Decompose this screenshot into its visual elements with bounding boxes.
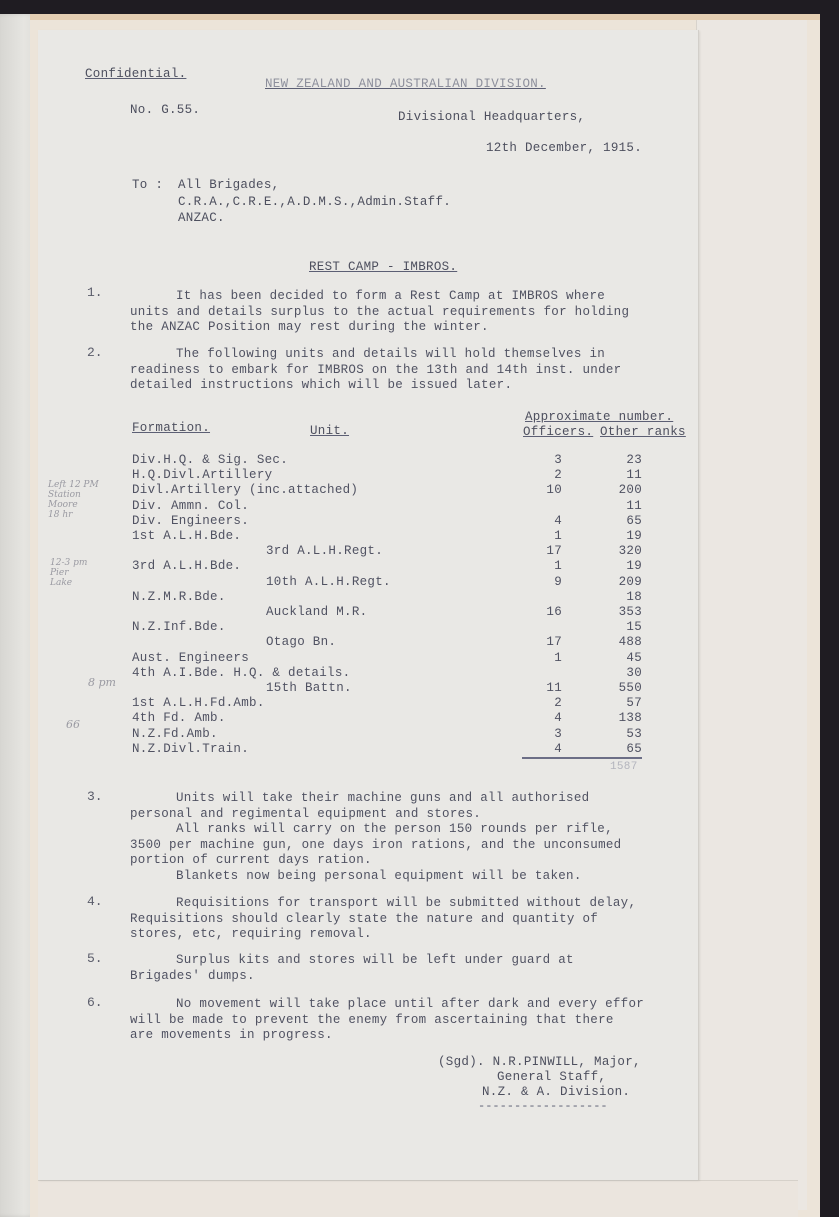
formation-cell: H.Q.Divl.Artillery [132,468,272,482]
formation-cell: 3rd A.L.H.Bde. [132,559,241,573]
header-unit: Unit. [310,424,349,438]
other-ranks-cell: 23 [592,453,642,467]
paragraph-number: 4. [87,894,103,909]
paragraph-number: 6. [87,995,103,1010]
other-ranks-cell: 138 [592,711,642,725]
officers-cell: 3 [512,727,562,741]
formation-cell: 1st A.L.H.Fd.Amb. [132,696,265,710]
other-ranks-cell: 65 [592,514,642,528]
unit-cell: Otago Bn. [266,635,336,649]
other-ranks-cell: 57 [592,696,642,710]
pencilled-total: 1587 [610,761,638,773]
other-ranks-cell: 15 [592,620,642,634]
table-row: 15th Battn.11550 [132,681,702,696]
header-formation: Formation. [132,421,210,435]
unit-cell: 3rd A.L.H.Regt. [266,544,383,558]
unit-cell: 15th Battn. [266,681,352,695]
paragraph-5: Surplus kits and stores will be left und… [130,953,705,984]
total-rule [522,757,642,759]
reference-number: No. G.55. [130,103,200,117]
signature-rule: ------------------ [478,1099,608,1113]
table-row: N.Z.Fd.Amb.353 [132,727,702,742]
to-label: To : [132,178,163,192]
officers-cell: 16 [512,605,562,619]
paragraph-number: 1. [87,285,103,300]
paragraph-1: It has been decided to form a Rest Camp … [130,289,705,336]
paragraph-3: Units will take their machine guns and a… [130,791,705,884]
other-ranks-cell: 353 [592,605,642,619]
formation-cell: 4th A.I.Bde. H.Q. & details. [132,666,350,680]
addressee-line: C.R.A.,C.R.E.,A.D.M.S.,Admin.Staff. [178,195,451,209]
unit-cell: 10th A.L.H.Regt. [266,575,391,589]
other-ranks-cell: 11 [592,499,642,513]
table-row: N.Z.M.R.Bde.18 [132,590,702,605]
other-ranks-cell: 209 [592,575,642,589]
table-row: Divl.Artillery (inc.attached)10200 [132,483,702,498]
officers-cell: 2 [512,468,562,482]
table-row: N.Z.Divl.Train.465 [132,742,702,757]
header-approx-number: Approximate number. [525,410,673,424]
other-ranks-cell: 65 [592,742,642,756]
table-row: Auckland M.R.16353 [132,605,702,620]
other-ranks-cell: 200 [592,483,642,497]
table-row: Otago Bn.17488 [132,635,702,650]
formation-cell: N.Z.Inf.Bde. [132,620,226,634]
paragraph-2: The following units and details will hol… [130,347,705,394]
officers-cell: 1 [512,529,562,543]
signature-title: General Staff, [497,1070,606,1084]
table-row: Aust. Engineers145 [132,651,702,666]
table-row: 1st A.L.H.Fd.Amb.257 [132,696,702,711]
other-ranks-cell: 19 [592,529,642,543]
officers-cell: 1 [512,559,562,573]
other-ranks-cell: 53 [592,727,642,741]
formation-cell: Aust. Engineers [132,651,249,665]
officers-cell: 3 [512,453,562,467]
margin-note: Left 12 PM Station Moore 18 hr [48,480,99,520]
officers-cell: 2 [512,696,562,710]
table-row: 4th Fd. Amb.4138 [132,711,702,726]
officers-cell: 11 [512,681,562,695]
addressee-line: All Brigades, [178,178,279,192]
addressee-line: ANZAC. [178,211,225,225]
formation-cell: Div.H.Q. & Sig. Sec. [132,453,288,467]
officers-cell: 4 [512,742,562,756]
classification-label: Confidential. [85,67,186,81]
other-ranks-cell: 11 [592,468,642,482]
paragraph-number: 3. [87,789,103,804]
table-row: 10th A.L.H.Regt.9209 [132,575,702,590]
header-other-ranks: Other ranks [600,425,686,439]
formation-cell: N.Z.M.R.Bde. [132,590,226,604]
paragraph-number: 2. [87,345,103,360]
other-ranks-cell: 488 [592,635,642,649]
formation-cell: N.Z.Fd.Amb. [132,727,218,741]
other-ranks-cell: 19 [592,559,642,573]
officers-cell: 4 [512,711,562,725]
officers-cell: 10 [512,483,562,497]
formation-cell: N.Z.Divl.Train. [132,742,249,756]
table-row: 1st A.L.H.Bde.119 [132,529,702,544]
document-date: 12th December, 1915. [486,141,642,155]
other-ranks-cell: 18 [592,590,642,604]
other-ranks-cell: 320 [592,544,642,558]
subject-heading: REST CAMP - IMBROS. [309,260,457,274]
signature-division: N.Z. & A. Division. [482,1085,630,1099]
table-row: N.Z.Inf.Bde.15 [132,620,702,635]
header-officers: Officers. [523,425,593,439]
table-row: Div. Ammn. Col.11 [132,499,702,514]
officers-cell: 17 [512,635,562,649]
officers-cell: 17 [512,544,562,558]
margin-note: 12-3 pm Pier Lake [50,558,87,588]
margin-note: 66 [66,720,80,730]
page-bottom-edge [38,1180,798,1217]
underlying-page-strip [696,20,807,1210]
other-ranks-cell: 30 [592,666,642,680]
formation-cell: Divl.Artillery (inc.attached) [132,483,358,497]
formation-cell: 1st A.L.H.Bde. [132,529,241,543]
table-row: H.Q.Divl.Artillery211 [132,468,702,483]
paragraph-6: No movement will take place until after … [130,997,705,1044]
paragraph-number: 5. [87,951,103,966]
margin-note: 8 pm [88,678,116,688]
other-ranks-cell: 550 [592,681,642,695]
other-ranks-cell: 45 [592,651,642,665]
formation-cell: Div. Engineers. [132,514,249,528]
origin-line: Divisional Headquarters, [398,110,585,124]
formation-cell: Div. Ammn. Col. [132,499,249,513]
table-row: 4th A.I.Bde. H.Q. & details.30 [132,666,702,681]
organisation-title: NEW ZEALAND AND AUSTRALIAN DIVISION. [265,77,546,91]
table-row: Div.H.Q. & Sig. Sec.323 [132,453,702,468]
paragraph-4: Requisitions for transport will be submi… [130,896,705,943]
officers-cell: 9 [512,575,562,589]
table-row: 3rd A.L.H.Regt.17320 [132,544,702,559]
formation-cell: 4th Fd. Amb. [132,711,226,725]
officers-cell: 4 [512,514,562,528]
table-row: Div. Engineers.465 [132,514,702,529]
signature-line: (Sgd). N.R.PINWILL, Major, [438,1055,641,1069]
table-row: 3rd A.L.H.Bde.119 [132,559,702,574]
unit-cell: Auckland M.R. [266,605,367,619]
officers-cell: 1 [512,651,562,665]
